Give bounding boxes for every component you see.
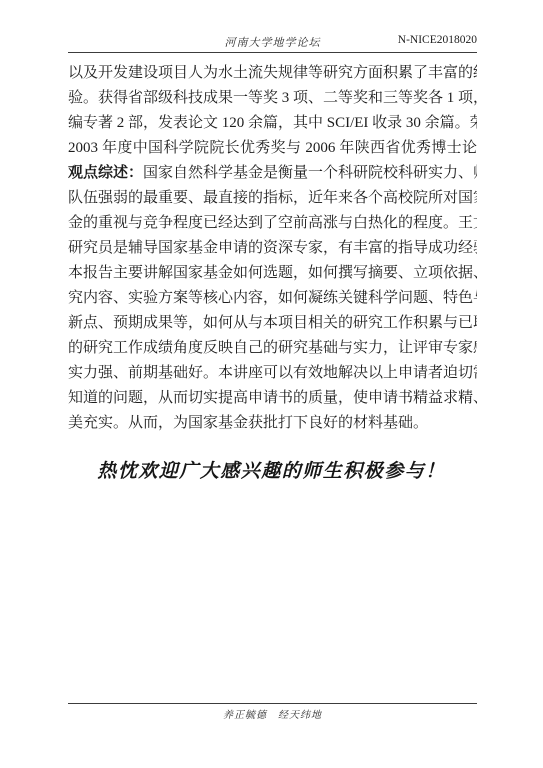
text-line: 本报告主要讲解国家基金如何选题，如何撰写摘要、立项依据、研 <box>68 261 477 286</box>
text-line: 的研究工作成绩角度反映自己的研究基础与实力，让评审专家感觉 <box>68 336 477 361</box>
text-line: 金的重视与竞争程度已经达到了空前高涨与白热化的程度。王文龙 <box>68 211 477 236</box>
text-line: 研究员是辅导国家基金申请的资深专家，有丰富的指导成功经验。 <box>68 236 477 261</box>
document-code: N-NICE2018020 <box>398 34 477 46</box>
footer-rule <box>68 703 477 704</box>
text-line: 队伍强弱的最重要、最直接的指标，近年来各个高校院所对国家基 <box>68 186 477 211</box>
text-line: 观点综述：国家自然科学基金是衡量一个科研院校科研实力、师资 <box>68 161 477 186</box>
header-rule <box>68 52 477 53</box>
invitation-line: 热忱欢迎广大感兴趣的师生积极参与！ <box>0 456 543 483</box>
text-line-segment: 国家自然科学基金是衡量一个科研院校科研实力、师资 <box>143 165 477 181</box>
text-line: 美充实。从而，为国家基金获批打下良好的材料基础。 <box>68 411 477 436</box>
text-line: 知道的问题，从而切实提高申请书的质量，使申请书精益求精、完 <box>68 386 477 411</box>
document-page: 河南大学地学论坛 N-NICE2018020 以及开发建设项目人为水土流失规律等… <box>0 0 543 768</box>
text-line: 验。获得省部级科技成果一等奖 3 项、二等奖和三等奖各 1 项，参 <box>68 86 477 111</box>
text-line: 2003 年度中国科学院院长优秀奖与 2006 年陕西省优秀博士论文。 <box>68 136 477 161</box>
text-line: 究内容、实验方案等核心内容，如何凝练关键科学问题、特色与创 <box>68 286 477 311</box>
text-line: 以及开发建设项目人为水土流失规律等研究方面积累了丰富的经 <box>68 61 477 86</box>
text-line: 新点、预期成果等，如何从与本项目相关的研究工作积累与已取得 <box>68 311 477 336</box>
page-header: 河南大学地学论坛 N-NICE2018020 <box>68 32 477 52</box>
footer-motto: 养正毓德 经天纬地 <box>68 706 477 721</box>
text-line: 实力强、前期基础好。本讲座可以有效地解决以上申请者迫切需要 <box>68 361 477 386</box>
document-body: 以及开发建设项目人为水土流失规律等研究方面积累了丰富的经 验。获得省部级科技成果… <box>68 61 477 436</box>
paragraph-label: 观点综述： <box>68 165 143 181</box>
text-line: 编专著 2 部，发表论文 120 余篇，其中 SCI/EI 收录 30 余篇。荣… <box>68 111 477 136</box>
